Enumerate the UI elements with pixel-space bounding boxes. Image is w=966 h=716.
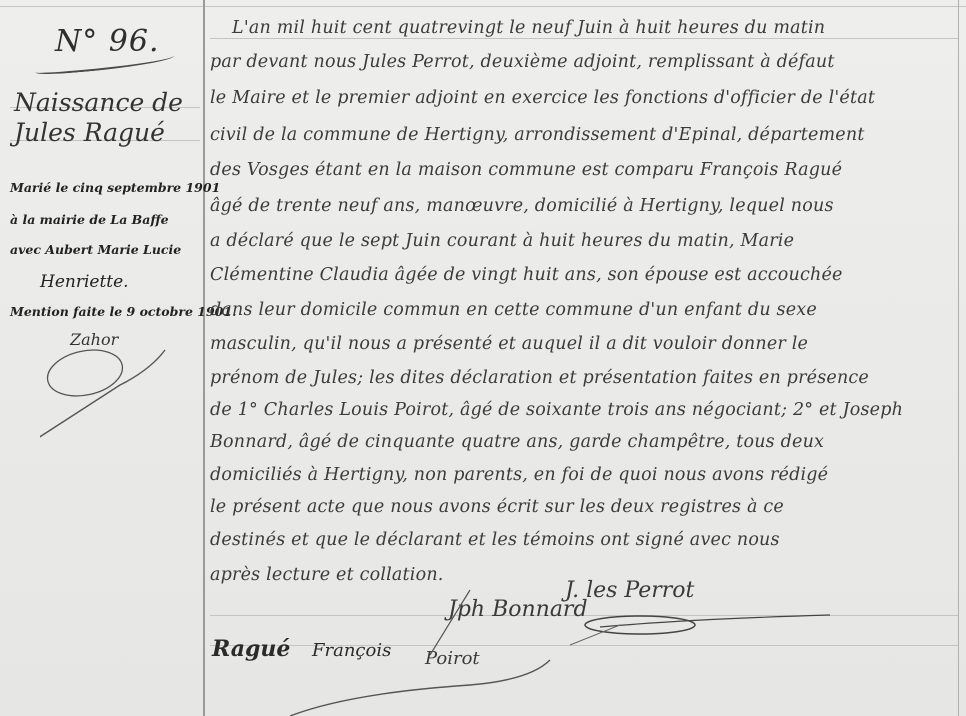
body-line: a déclaré que le sept Juin courant à hui…	[210, 231, 794, 251]
body-line: le présent acte que nous avons écrit sur…	[210, 497, 784, 517]
mention-note-line: Mention faite le 9 octobre 1901.	[10, 304, 236, 319]
body-line: de 1° Charles Louis Poirot, âgé de soixa…	[210, 400, 903, 420]
body-line: L'an mil huit cent quatrevingt le neuf J…	[232, 18, 825, 38]
margin-annotations: N° 96. Naissance de Jules Ragué Marié le…	[0, 0, 203, 716]
body-line: prénom de Jules; les dites déclaration e…	[210, 368, 869, 388]
body-line: Bonnard, âgé de cinquante quatre ans, ga…	[210, 432, 824, 452]
body-line: destinés et que le déclarant et les témo…	[210, 530, 780, 550]
body-line: domiciliés à Hertigny, non parents, en f…	[210, 465, 828, 485]
signature-flourish-icon	[40, 345, 190, 445]
margin-title-line2: Jules Ragué	[14, 118, 165, 147]
marriage-note-line: Henriette.	[40, 272, 129, 292]
marriage-note-line: à la mairie de La Baffe	[10, 212, 169, 227]
right-border	[958, 0, 959, 716]
body-line: des Vosges étant en la maison commune es…	[210, 160, 842, 180]
body-line: dans leur domicile commun en cette commu…	[210, 300, 817, 320]
body-line: le Maire et le premier adjoint en exerci…	[210, 88, 875, 108]
marriage-note-line: Marié le cinq septembre 1901	[10, 180, 220, 195]
body-line: par devant nous Jules Perrot, deuxième a…	[210, 52, 835, 72]
body-line: après lecture et collation.	[210, 565, 444, 585]
margin-divider	[203, 0, 205, 716]
body-line: civil de la commune de Hertigny, arrondi…	[210, 125, 865, 145]
body-line: âgé de trente neuf ans, manœuvre, domici…	[210, 196, 834, 216]
register-page: N° 96. Naissance de Jules Ragué Marié le…	[0, 0, 966, 716]
signature-flourish-icon	[270, 585, 910, 716]
body-line: Clémentine Claudia âgée de vingt huit an…	[210, 265, 843, 285]
body-line: masculin, qu'il nous a présenté et auque…	[210, 334, 808, 354]
margin-title-line1: Naissance de	[14, 88, 183, 117]
marriage-note-line: avec Aubert Marie Lucie	[10, 242, 181, 257]
